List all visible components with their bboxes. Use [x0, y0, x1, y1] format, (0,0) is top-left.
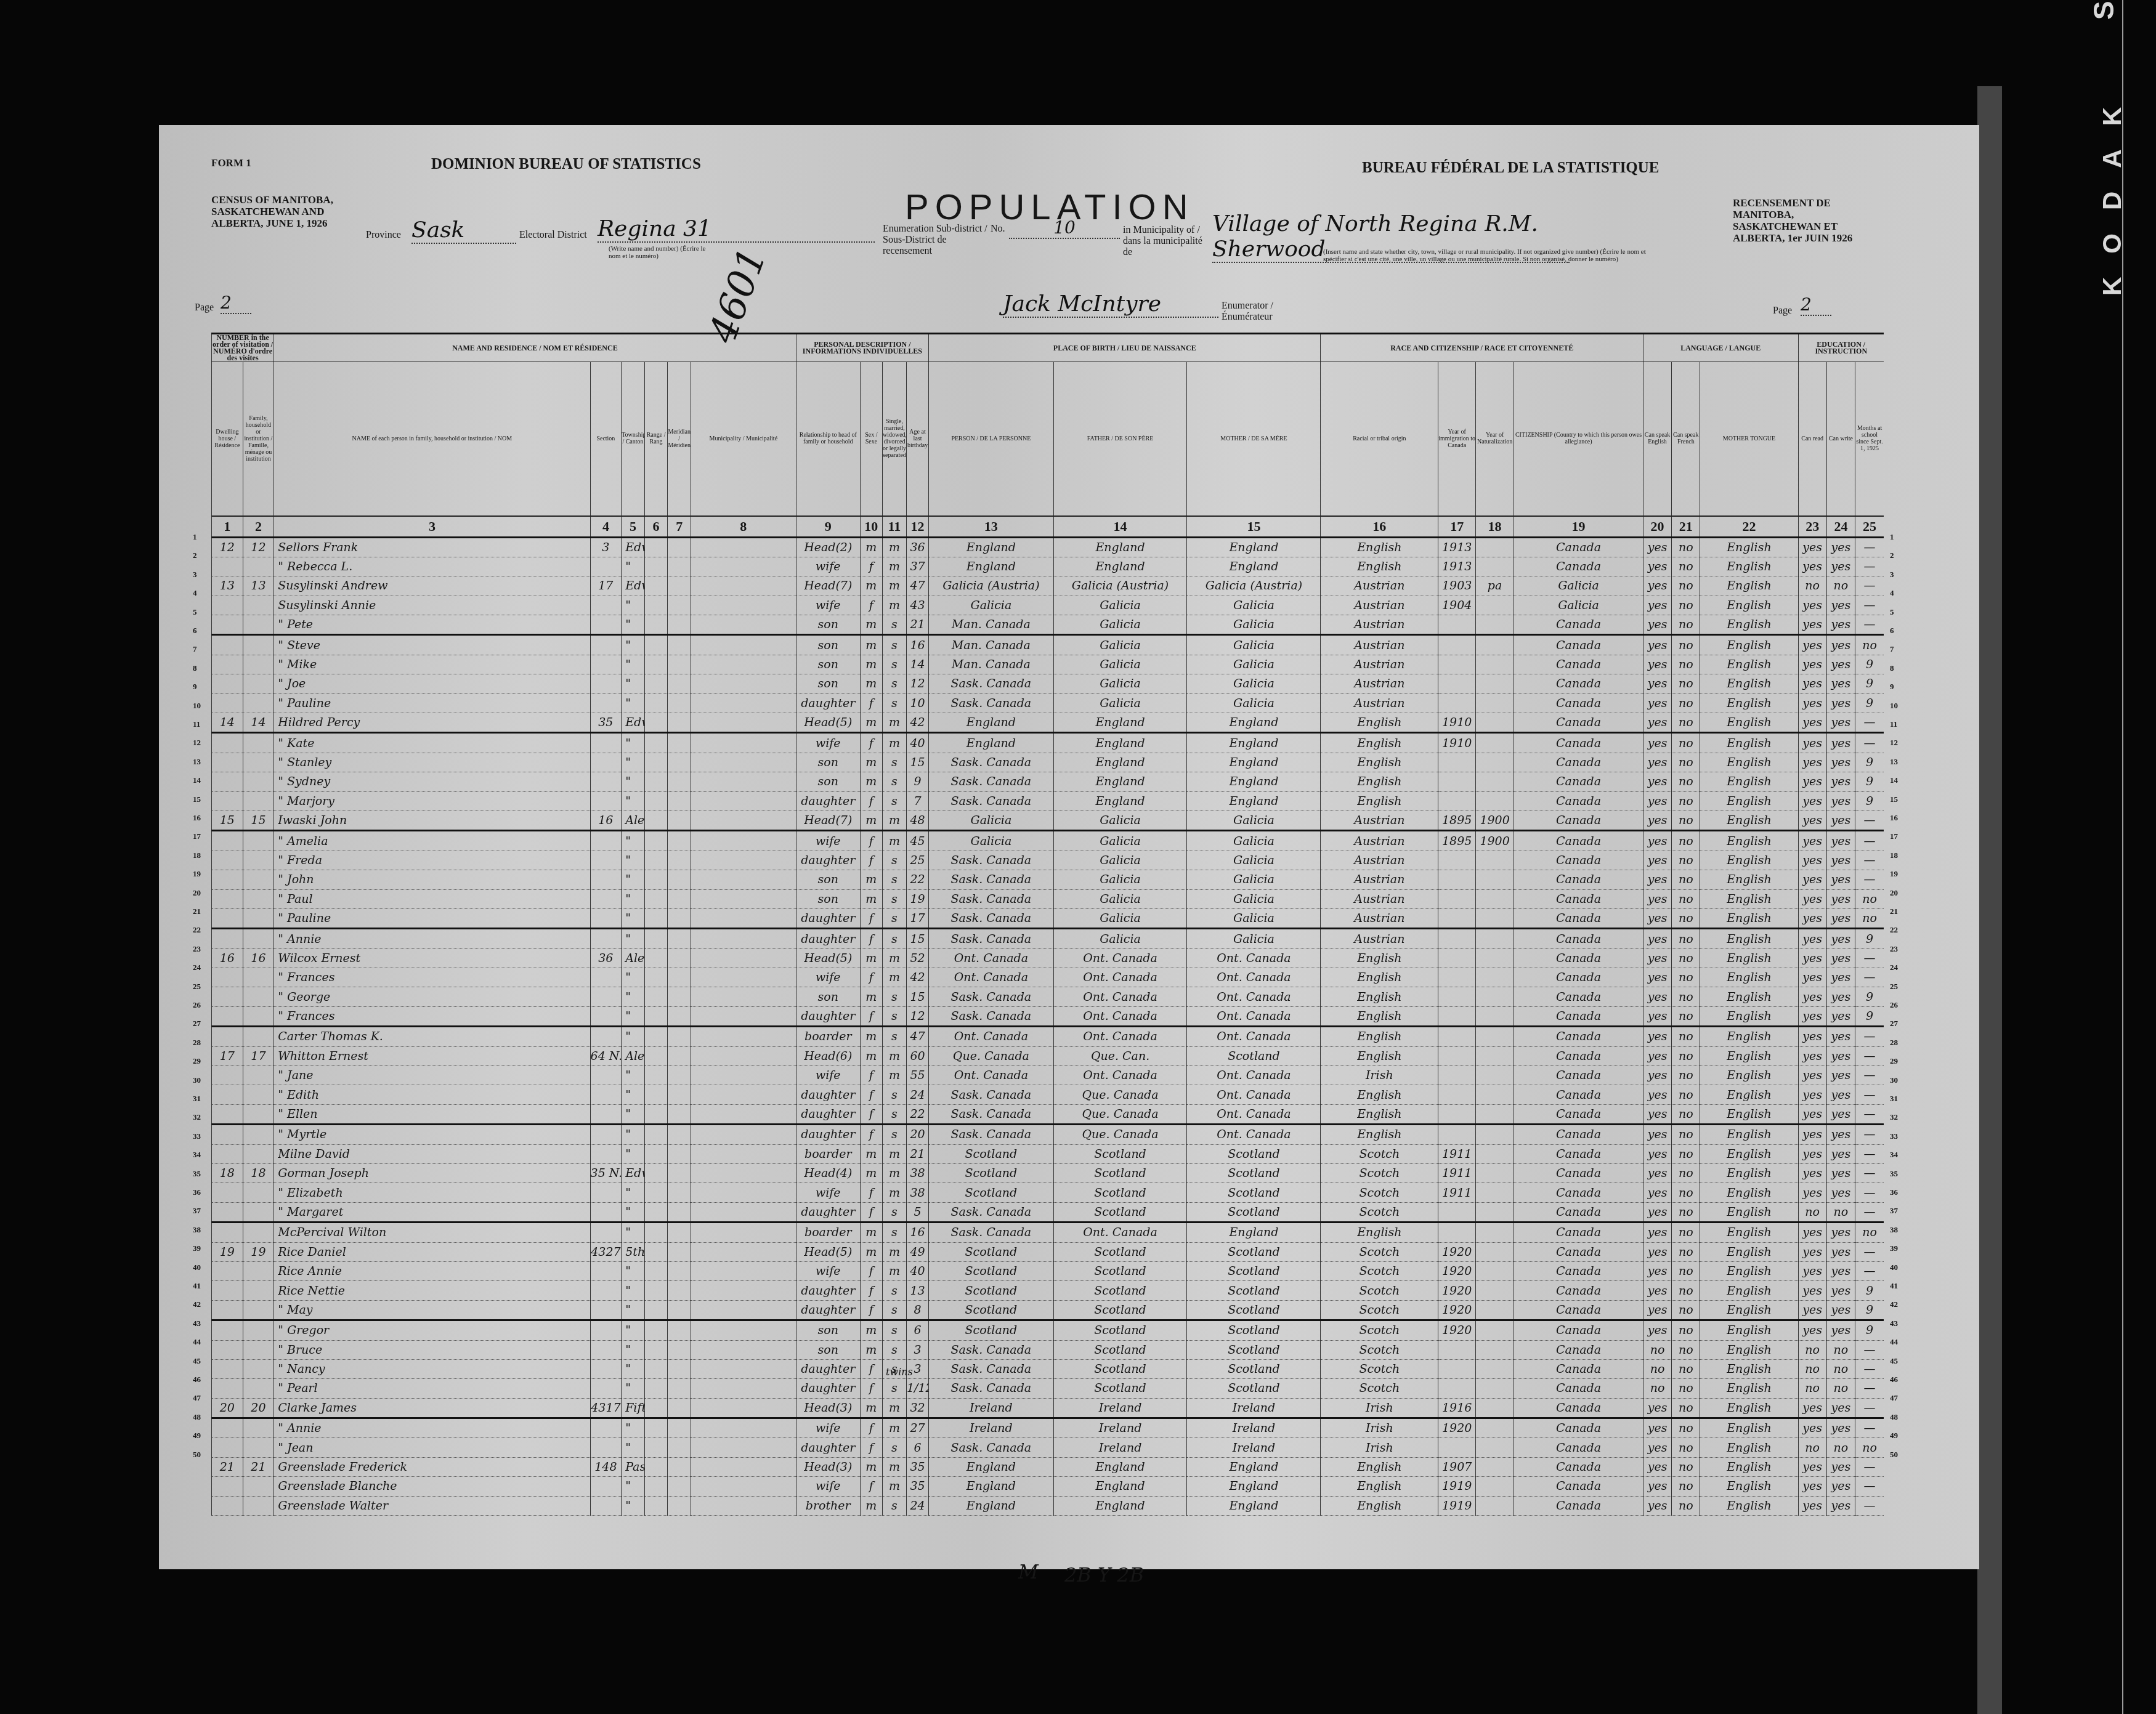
immigration-year [1438, 635, 1476, 655]
citizenship: Canada [1514, 1006, 1643, 1026]
citizenship: Canada [1514, 1261, 1643, 1280]
naturalization-year [1476, 1340, 1514, 1359]
speaks-english: yes [1643, 1202, 1671, 1222]
dwelling-number [212, 908, 243, 928]
marital-status: m [882, 596, 906, 615]
municipality [691, 674, 796, 693]
range [644, 1164, 668, 1183]
municipality [691, 772, 796, 791]
meridian [668, 772, 691, 791]
months-at-school: — [1855, 1085, 1884, 1104]
citizenship: Canada [1514, 1027, 1643, 1046]
racial-origin: Scotch [1321, 1281, 1438, 1300]
line-number-right: 43 [1890, 1319, 1898, 1328]
film-edge-letter: S [2087, 1, 2120, 20]
section: 35 [590, 713, 622, 733]
range [644, 1183, 668, 1202]
immigration-year: 1895 [1438, 831, 1476, 851]
sex: f [860, 851, 882, 870]
mother-tongue: English [1700, 1006, 1798, 1026]
line-number-left: 46 [193, 1375, 201, 1385]
birthplace-mother: Galicia [1187, 596, 1321, 615]
speaks-french: no [1672, 1202, 1700, 1222]
section [590, 615, 622, 635]
can-write: yes [1826, 987, 1855, 1006]
can-write: yes [1826, 1046, 1855, 1065]
section [590, 753, 622, 772]
immigration-year: 1903 [1438, 576, 1476, 596]
naturalization-year [1476, 772, 1514, 791]
immigration-year [1438, 987, 1476, 1006]
census-row: " George"sonms15Sask. CanadaOnt. CanadaO… [212, 987, 1884, 1006]
speaks-english: yes [1643, 1438, 1671, 1457]
speaks-french: no [1672, 948, 1700, 968]
racial-origin: Austrian [1321, 596, 1438, 615]
sex: f [860, 1066, 882, 1085]
birthplace-mother: England [1187, 1496, 1321, 1515]
street-address: " [622, 870, 645, 889]
census-row: " Pauline"daughterfs10Sask. CanadaGalici… [212, 693, 1884, 713]
meridian [668, 1046, 691, 1065]
can-read: yes [1798, 889, 1826, 908]
relationship: Head(3) [796, 1398, 860, 1418]
person-name: " George [274, 987, 590, 1006]
speaks-french: no [1672, 1281, 1700, 1300]
marital-status: s [882, 635, 906, 655]
marital-status: s [882, 870, 906, 889]
sex: f [860, 831, 882, 851]
dwelling-number: 12 [212, 537, 243, 557]
line-number-left: 23 [193, 944, 201, 954]
line-number-left: 32 [193, 1112, 201, 1122]
section [590, 1477, 622, 1496]
immigration-year [1438, 948, 1476, 968]
line-number-left: 37 [193, 1206, 201, 1216]
birthplace-father: Galicia [1053, 870, 1187, 889]
dwelling-number [212, 1202, 243, 1222]
can-read: yes [1798, 1144, 1826, 1163]
meridian [668, 693, 691, 713]
line-number-left: 13 [193, 757, 201, 767]
speaks-french: no [1672, 851, 1700, 870]
birthplace-mother: Galicia [1187, 870, 1321, 889]
street-address: " [622, 1300, 645, 1320]
col-num: 11 [882, 516, 906, 538]
racial-origin: Scotch [1321, 1359, 1438, 1378]
relationship: daughter [796, 1104, 860, 1124]
birthplace-father: Ireland [1053, 1418, 1187, 1438]
group-birth: PLACE OF BIRTH / LIEU DE NAISSANCE [929, 334, 1321, 362]
speaks-english: yes [1643, 596, 1671, 615]
range [644, 1125, 668, 1144]
municipality [691, 1006, 796, 1026]
family-number: 20 [243, 1398, 274, 1418]
section [590, 987, 622, 1006]
col-num: 2 [243, 516, 274, 538]
can-write: yes [1826, 596, 1855, 615]
person-name: " Pearl [274, 1379, 590, 1398]
birthplace-person: Sask. Canada [929, 1379, 1053, 1398]
naturalization-year [1476, 753, 1514, 772]
street-address: " [622, 1496, 645, 1515]
citizenship: Canada [1514, 1223, 1643, 1242]
marital-status: s [882, 1496, 906, 1515]
speaks-french: no [1672, 1223, 1700, 1242]
census-row: " Steve"sonms16Man. CanadaGaliciaGalicia… [212, 635, 1884, 655]
col-num: 25 [1855, 516, 1884, 538]
birthplace-father: Galicia [1053, 693, 1187, 713]
naturalization-year [1476, 1164, 1514, 1183]
form-number: FORM 1 [211, 157, 251, 169]
racial-origin: English [1321, 1027, 1438, 1046]
birthplace-mother: Ont. Canada [1187, 987, 1321, 1006]
naturalization-year [1476, 908, 1514, 928]
person-name: " Pete [274, 615, 590, 635]
family-number: 17 [243, 1046, 274, 1065]
sex: f [860, 557, 882, 576]
range [644, 1340, 668, 1359]
can-write: yes [1826, 851, 1855, 870]
section [590, 772, 622, 791]
months-at-school: no [1855, 889, 1884, 908]
speaks-english: yes [1643, 674, 1671, 693]
line-number-left: 25 [193, 982, 201, 992]
family-number [243, 635, 274, 655]
birthplace-father: Galicia [1053, 908, 1187, 928]
can-write: yes [1826, 537, 1855, 557]
street-address: Edward St. [622, 1164, 645, 1183]
range [644, 772, 668, 791]
sex: m [860, 1144, 882, 1163]
street-address: " [622, 1438, 645, 1457]
immigration-year: 1920 [1438, 1418, 1476, 1438]
col-num: 24 [1826, 516, 1855, 538]
mother-tongue: English [1700, 1183, 1798, 1202]
bottom-mark-right: 2B Y 2B [1064, 1563, 1144, 1587]
naturalization-year [1476, 968, 1514, 987]
person-name: " Jean [274, 1438, 590, 1457]
naturalization-year [1476, 791, 1514, 811]
family-number [243, 1085, 274, 1104]
birthplace-mother: Ireland [1187, 1398, 1321, 1418]
mother-tongue: English [1700, 1104, 1798, 1124]
mother-tongue: English [1700, 557, 1798, 576]
racial-origin: Scotch [1321, 1202, 1438, 1222]
col-num: 23 [1798, 516, 1826, 538]
col-header-16: Racial or tribal origin [1321, 362, 1438, 516]
census-table: NUMBER in the order of visitation / NUMÉ… [211, 333, 1884, 1516]
relationship: wife [796, 557, 860, 576]
person-name: Sellors Frank [274, 537, 590, 557]
birthplace-father: Galicia [1053, 929, 1187, 948]
mother-tongue: English [1700, 1398, 1798, 1418]
line-number-left: 14 [193, 775, 201, 785]
col-header-7: Meridian / Méridien [668, 362, 691, 516]
line-number-left: 38 [193, 1225, 201, 1235]
marital-status: s [882, 1085, 906, 1104]
family-number [243, 1496, 274, 1515]
municipality [691, 968, 796, 987]
municipality [691, 1046, 796, 1065]
mother-tongue: English [1700, 772, 1798, 791]
subdistrict-label: Enumeration Sub-district / Sous-District… [883, 224, 987, 257]
line-number-left: 11 [193, 719, 200, 729]
range [644, 889, 668, 908]
street-address: " [622, 1202, 645, 1222]
citizenship: Canada [1514, 929, 1643, 948]
speaks-french: no [1672, 1477, 1700, 1496]
age: 14 [906, 655, 928, 674]
mother-tongue: English [1700, 655, 1798, 674]
speaks-french: no [1672, 1320, 1700, 1340]
age: 5 [906, 1202, 928, 1222]
family-number [243, 968, 274, 987]
birthplace-father: Que. Canada [1053, 1104, 1187, 1124]
immigration-year [1438, 851, 1476, 870]
birthplace-father: Galicia [1053, 596, 1187, 615]
range [644, 1496, 668, 1515]
line-number-left: 20 [193, 888, 201, 898]
line-number-left: 4 [193, 588, 197, 598]
census-row: Rice Nettie"daughterfs13ScotlandScotland… [212, 1281, 1884, 1300]
months-at-school: — [1855, 831, 1884, 851]
racial-origin: Austrian [1321, 908, 1438, 928]
line-number-right: 19 [1890, 869, 1898, 879]
census-row: " Freda"daughterfs25Sask. CanadaGaliciaG… [212, 851, 1884, 870]
line-number-right: 45 [1890, 1356, 1898, 1366]
section [590, 1066, 622, 1085]
naturalization-year: pa [1476, 576, 1514, 596]
agency-fr: BUREAU FÉDÉRAL DE LA STATISTIQUE [1362, 160, 1660, 177]
immigration-year: 1920 [1438, 1320, 1476, 1340]
can-read: yes [1798, 791, 1826, 811]
mother-tongue: English [1700, 1261, 1798, 1280]
can-write: yes [1826, 557, 1855, 576]
line-number-right: 29 [1890, 1056, 1898, 1066]
dwelling-number: 15 [212, 811, 243, 830]
birthplace-father: Scotland [1053, 1300, 1187, 1320]
meridian [668, 1496, 691, 1515]
line-number-right: 26 [1890, 1000, 1898, 1010]
line-number-right: 9 [1890, 682, 1894, 692]
dwelling-number [212, 1477, 243, 1496]
dwelling-number [212, 1125, 243, 1144]
birthplace-person: Scotland [929, 1242, 1053, 1261]
citizenship: Canada [1514, 851, 1643, 870]
line-number-right: 23 [1890, 944, 1898, 954]
immigration-year [1438, 968, 1476, 987]
citizenship: Canada [1514, 1340, 1643, 1359]
meridian [668, 1261, 691, 1280]
range [644, 987, 668, 1006]
family-number [243, 851, 274, 870]
months-at-school: — [1855, 1477, 1884, 1496]
relationship: brother [796, 1496, 860, 1515]
range [644, 1398, 668, 1418]
meridian [668, 713, 691, 733]
family-number [243, 1379, 274, 1398]
can-read: no [1798, 576, 1826, 596]
marital-status: s [882, 1300, 906, 1320]
speaks-french: no [1672, 1144, 1700, 1163]
immigration-year: 1911 [1438, 1144, 1476, 1163]
family-number [243, 1477, 274, 1496]
birthplace-mother: Ont. Canada [1187, 948, 1321, 968]
col-num: 22 [1700, 516, 1798, 538]
sex: m [860, 1457, 882, 1476]
can-read: no [1798, 1379, 1826, 1398]
street-address: " [622, 1223, 645, 1242]
mother-tongue: English [1700, 693, 1798, 713]
birthplace-person: Ont. Canada [929, 948, 1053, 968]
racial-origin: Austrian [1321, 635, 1438, 655]
sex: m [860, 753, 882, 772]
mother-tongue: English [1700, 1223, 1798, 1242]
family-number [243, 1006, 274, 1026]
person-name: " Gregor [274, 1320, 590, 1340]
family-number [243, 1320, 274, 1340]
line-number-right: 49 [1890, 1431, 1898, 1441]
mother-tongue: English [1700, 1496, 1798, 1515]
can-write: no [1826, 1438, 1855, 1457]
speaks-english: yes [1643, 1281, 1671, 1300]
birthplace-mother: Galicia [1187, 693, 1321, 713]
mother-tongue: English [1700, 1085, 1798, 1104]
person-name: Greenslade Blanche [274, 1477, 590, 1496]
census-row: McPercival Wilton"boarderms16Sask. Canad… [212, 1223, 1884, 1242]
col-header-9: Relationship to head of family or househ… [796, 362, 860, 516]
speaks-french: no [1672, 831, 1700, 851]
relationship: son [796, 987, 860, 1006]
col-num: 15 [1187, 516, 1321, 538]
naturalization-year [1476, 1066, 1514, 1085]
range [644, 1006, 668, 1026]
municipality [691, 948, 796, 968]
can-read: yes [1798, 929, 1826, 948]
immigration-year [1438, 615, 1476, 635]
sex: m [860, 615, 882, 635]
mother-tongue: English [1700, 537, 1798, 557]
range [644, 1223, 668, 1242]
relationship: wife [796, 596, 860, 615]
family-number [243, 1261, 274, 1280]
months-at-school: 9 [1855, 1320, 1884, 1340]
census-row: " Joe"sonms12Sask. CanadaGaliciaGaliciaA… [212, 674, 1884, 693]
mother-tongue: English [1700, 811, 1798, 830]
street-address: " [622, 1144, 645, 1163]
line-number-right: 41 [1890, 1281, 1898, 1291]
birthplace-person: Sask. Canada [929, 791, 1053, 811]
racial-origin: English [1321, 1104, 1438, 1124]
naturalization-year [1476, 1183, 1514, 1202]
section [590, 1027, 622, 1046]
relationship: wife [796, 1066, 860, 1085]
census-row: 2020Clarke James4317Fifth AveHead(3)mm32… [212, 1398, 1884, 1418]
can-write: yes [1826, 948, 1855, 968]
line-number-left: 43 [193, 1319, 201, 1328]
col-num: 5 [622, 516, 645, 538]
dwelling-number [212, 1300, 243, 1320]
sex: m [860, 1496, 882, 1515]
dwelling-number [212, 753, 243, 772]
birthplace-mother: Galicia [1187, 635, 1321, 655]
birthplace-person: Sask. Canada [929, 1438, 1053, 1457]
relationship: wife [796, 733, 860, 753]
municipality [691, 1359, 796, 1378]
line-number-left: 30 [193, 1075, 201, 1085]
birthplace-person: Sask. Canada [929, 929, 1053, 948]
birthplace-person: Scotland [929, 1261, 1053, 1280]
marital-status: m [882, 733, 906, 753]
immigration-year: 1913 [1438, 557, 1476, 576]
birthplace-mother: Scotland [1187, 1046, 1321, 1065]
racial-origin: English [1321, 537, 1438, 557]
range [644, 1418, 668, 1438]
census-row: " Pauline"daughterfs17Sask. CanadaGalici… [212, 908, 1884, 928]
can-read: yes [1798, 1046, 1826, 1065]
col-num: 16 [1321, 516, 1438, 538]
age: 3 [906, 1340, 928, 1359]
range [644, 929, 668, 948]
birthplace-person: Galicia [929, 811, 1053, 830]
immigration-year: 1911 [1438, 1183, 1476, 1202]
street-address: Pasqua St. [622, 1457, 645, 1476]
can-read: yes [1798, 557, 1826, 576]
family-number: 21 [243, 1457, 274, 1476]
months-at-school: — [1855, 1066, 1884, 1085]
relationship: daughter [796, 1300, 860, 1320]
municipality-hint: (Insert name and state whether city, tow… [1323, 248, 1668, 263]
birthplace-father: Ont. Canada [1053, 1006, 1187, 1026]
section [590, 1281, 622, 1300]
marital-status: s [882, 1202, 906, 1222]
meridian [668, 1242, 691, 1261]
age: 27 [906, 1418, 928, 1438]
census-row: Greenslade Blanche"wifefm35EnglandEnglan… [212, 1477, 1884, 1496]
census-row: " Amelia"wifefm45GaliciaGaliciaGaliciaAu… [212, 831, 1884, 851]
birthplace-mother: England [1187, 1223, 1321, 1242]
meridian [668, 987, 691, 1006]
can-write: yes [1826, 1164, 1855, 1183]
range [644, 1046, 668, 1065]
meridian [668, 1125, 691, 1144]
speaks-french: no [1672, 713, 1700, 733]
birthplace-person: Ont. Canada [929, 968, 1053, 987]
meridian [668, 1164, 691, 1183]
family-number [243, 1066, 274, 1085]
dwelling-number [212, 615, 243, 635]
speaks-french: no [1672, 1457, 1700, 1476]
speaks-english: yes [1643, 1027, 1671, 1046]
speaks-french: no [1672, 733, 1700, 753]
birthplace-mother: England [1187, 772, 1321, 791]
speaks-english: yes [1643, 1418, 1671, 1438]
street-address: " [622, 1183, 645, 1202]
census-row: " Ellen"daughterfs22Sask. CanadaQue. Can… [212, 1104, 1884, 1124]
can-read: yes [1798, 948, 1826, 968]
meridian [668, 1477, 691, 1496]
section [590, 596, 622, 615]
line-number-left: 21 [193, 907, 201, 916]
person-name: " Annie [274, 929, 590, 948]
marital-status: s [882, 1379, 906, 1398]
street-address: " [622, 772, 645, 791]
age: 42 [906, 713, 928, 733]
months-at-school: — [1855, 1398, 1884, 1418]
census-row: " Frances"daughterfs12Sask. CanadaOnt. C… [212, 1006, 1884, 1026]
dwelling-number [212, 1006, 243, 1026]
section [590, 693, 622, 713]
